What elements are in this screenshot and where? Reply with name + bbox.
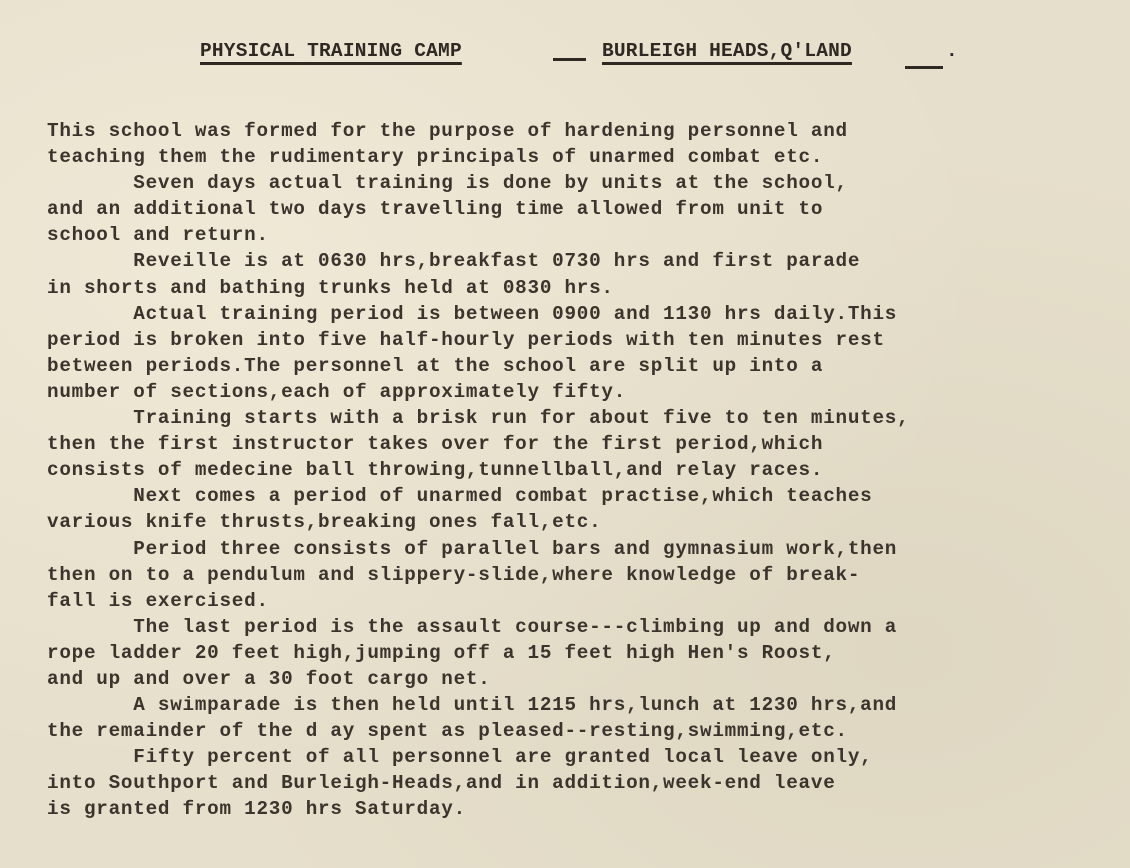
text-line: period is broken into five half-hourly p… (47, 327, 1117, 353)
heading-camp-name: PHYSICAL TRAINING CAMP (200, 40, 462, 62)
text-line: Seven days actual training is done by un… (47, 170, 1117, 196)
text-line: consists of medecine ball throwing,tunne… (47, 457, 1117, 483)
paragraph: Training starts with a brisk run for abo… (47, 405, 1117, 483)
text-line: fall is exercised. (47, 588, 1117, 614)
heading-separator (553, 58, 586, 61)
paragraph: Period three consists of parallel bars a… (47, 536, 1117, 614)
text-line: is granted from 1230 hrs Saturday. (47, 796, 1117, 822)
text-line: Fifty percent of all personnel are grant… (47, 744, 1117, 770)
paragraph: A swimparade is then held until 1215 hrs… (47, 692, 1117, 744)
text-line: Training starts with a brisk run for abo… (47, 405, 1117, 431)
text-line: This school was formed for the purpose o… (47, 118, 1117, 144)
paragraph: This school was formed for the purpose o… (47, 118, 1117, 170)
document-body: This school was formed for the purpose o… (47, 118, 1117, 823)
text-line: into Southport and Burleigh-Heads,and in… (47, 770, 1117, 796)
text-line: rope ladder 20 feet high,jumping off a 1… (47, 640, 1117, 666)
text-line: Period three consists of parallel bars a… (47, 536, 1117, 562)
text-line: then the first instructor takes over for… (47, 431, 1117, 457)
typewritten-page: PHYSICAL TRAINING CAMP BURLEIGH HEADS,Q'… (0, 0, 1130, 868)
heading-trailing-period: . (946, 40, 958, 62)
text-line: school and return. (47, 222, 1117, 248)
paragraph: The last period is the assault course---… (47, 614, 1117, 692)
text-line: then on to a pendulum and slippery-slide… (47, 562, 1117, 588)
paragraph: Reveille is at 0630 hrs,breakfast 0730 h… (47, 248, 1117, 300)
text-line: in shorts and bathing trunks held at 083… (47, 275, 1117, 301)
paragraph: Actual training period is between 0900 a… (47, 301, 1117, 405)
text-line: Reveille is at 0630 hrs,breakfast 0730 h… (47, 248, 1117, 274)
text-line: and up and over a 30 foot cargo net. (47, 666, 1117, 692)
text-line: A swimparade is then held until 1215 hrs… (47, 692, 1117, 718)
text-line: between periods.The personnel at the sch… (47, 353, 1117, 379)
text-line: and an additional two days travelling ti… (47, 196, 1117, 222)
text-line: the remainder of the d ay spent as pleas… (47, 718, 1117, 744)
text-line: The last period is the assault course---… (47, 614, 1117, 640)
text-line: Next comes a period of unarmed combat pr… (47, 483, 1117, 509)
text-line: Actual training period is between 0900 a… (47, 301, 1117, 327)
text-line: teaching them the rudimentary principals… (47, 144, 1117, 170)
heading-location: BURLEIGH HEADS,Q'LAND (602, 40, 852, 62)
text-line: number of sections,each of approximately… (47, 379, 1117, 405)
heading-underline-extension (905, 66, 943, 69)
paragraph: Fifty percent of all personnel are grant… (47, 744, 1117, 822)
paragraph: Next comes a period of unarmed combat pr… (47, 483, 1117, 535)
paragraph: Seven days actual training is done by un… (47, 170, 1117, 248)
text-line: various knife thrusts,breaking ones fall… (47, 509, 1117, 535)
